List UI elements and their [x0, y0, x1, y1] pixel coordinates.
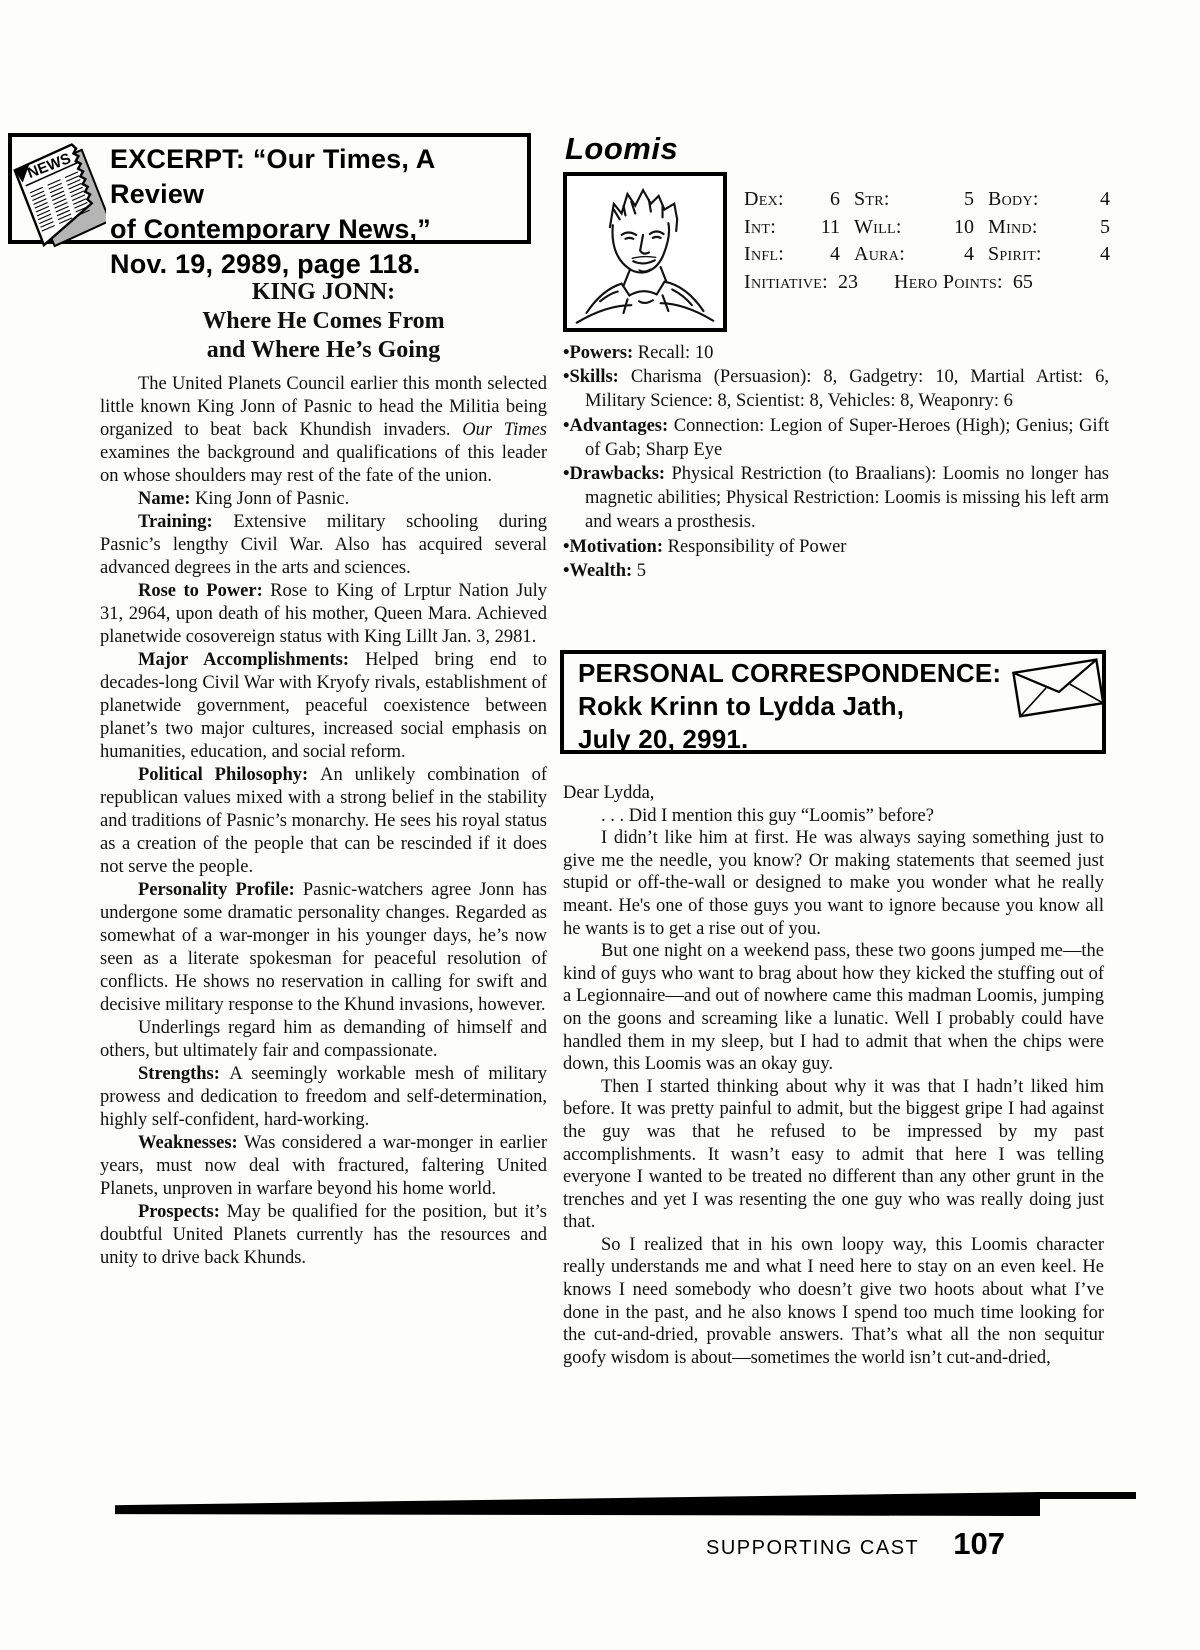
- trait-list: •Powers: Recall: 10•Skills: Charisma (Pe…: [563, 341, 1109, 583]
- trait-item: •Advantages: Connection: Legion of Super…: [563, 414, 1109, 462]
- excerpt-line-3: Nov. 19, 2989, page 118.: [110, 247, 525, 282]
- stat-value: 4: [1088, 188, 1124, 211]
- footer-rule-thin: [1036, 1492, 1136, 1499]
- stat-block: Dex:6Str:5Body:4Int:11Will:10Mind:5Infl:…: [744, 188, 1104, 298]
- stat-label: Infl:: [744, 243, 808, 266]
- stat-label: Will:: [854, 216, 942, 239]
- stat-label: Hero Points:: [894, 271, 1003, 294]
- trait-item: •Skills: Charisma (Persuasion): 8, Gadge…: [563, 365, 1109, 413]
- stat-value: 11: [808, 216, 854, 239]
- trait-item: •Powers: Recall: 10: [563, 341, 1109, 365]
- letter-salutation: Dear Lydda,: [563, 782, 1104, 805]
- correspondence-line-3: July 20, 2991.: [578, 723, 1028, 756]
- paragraph: Weaknesses: Was considered a war-monger …: [100, 1132, 547, 1201]
- character-name: Loomis: [565, 131, 678, 167]
- excerpt-heading: EXCERPT: “Our Times, A Review of Contemp…: [110, 142, 525, 282]
- stat-value: 5: [942, 188, 988, 211]
- stat-value: 5: [1088, 216, 1124, 239]
- paragraph: Name: King Jonn of Pasnic.: [100, 488, 547, 511]
- paragraph: Underlings regard him as demanding of hi…: [100, 1017, 547, 1063]
- stat-label: Mind:: [988, 216, 1088, 239]
- paragraph: Then I started thinking about why it was…: [563, 1076, 1104, 1234]
- paragraph: Major Accomplishments: Helped bring end …: [100, 649, 547, 764]
- paragraph: But one night on a weekend pass, these t…: [563, 940, 1104, 1076]
- correspondence-heading: PERSONAL CORRESPONDENCE: Rokk Krinn to L…: [578, 657, 1028, 756]
- stat-label: Body:: [988, 188, 1088, 211]
- stat-row: Infl:4Aura:4Spirit:4: [744, 243, 1104, 266]
- stat-value: 10: [942, 216, 988, 239]
- paragraph: The United Planets Council earlier this …: [100, 373, 547, 488]
- excerpt-line-2: of Contemporary News,”: [110, 212, 525, 247]
- footer-rule-wedge: [115, 1492, 1040, 1516]
- paragraph: Training: Extensive military schooling d…: [100, 511, 547, 580]
- stat-value: 4: [1088, 243, 1124, 266]
- loomis-portrait: [563, 172, 727, 332]
- newspaper-icon: NEWS: [2, 138, 106, 254]
- stat-value: 6: [808, 188, 854, 211]
- letter-body: Dear Lydda, . . . Did I mention this guy…: [563, 782, 1104, 1369]
- paragraph: Personality Profile: Pasnic-watchers agr…: [100, 879, 547, 1017]
- paragraph: Political Philosophy: An unlikely combin…: [100, 764, 547, 879]
- article-body: The United Planets Council earlier this …: [100, 373, 547, 1270]
- stat-value: 23: [838, 271, 858, 294]
- article-title-line-3: and Where He’s Going: [100, 336, 547, 365]
- paragraph: So I realized that in his own loopy way,…: [563, 1234, 1104, 1370]
- stat-row: Dex:6Str:5Body:4: [744, 188, 1104, 211]
- footer-page-number: 107: [953, 1526, 1005, 1562]
- correspondence-line-2: Rokk Krinn to Lydda Jath,: [578, 690, 1028, 723]
- article-title-line-1: KING JONN:: [100, 278, 547, 307]
- stat-value: 4: [942, 243, 988, 266]
- paragraph: Strengths: A seemingly workable mesh of …: [100, 1063, 547, 1132]
- page-footer: SUPPORTING CAST 107: [555, 1526, 1005, 1562]
- stat-label: Aura:: [854, 243, 942, 266]
- paragraph: Prospects: May be qualified for the posi…: [100, 1201, 547, 1270]
- excerpt-line-1: EXCERPT: “Our Times, A Review: [110, 142, 525, 212]
- stat-row: Int:11Will:10Mind:5: [744, 216, 1104, 239]
- envelope-icon: [1002, 648, 1114, 724]
- stat-label: Initiative:: [744, 271, 828, 294]
- article-king-jonn: KING JONN: Where He Comes From and Where…: [100, 278, 547, 1270]
- trait-item: •Motivation: Responsibility of Power: [563, 535, 1109, 559]
- paragraph: I didn’t like him at first. He was alway…: [563, 827, 1104, 940]
- stat-value: 65: [1013, 271, 1033, 294]
- trait-item: •Drawbacks: Physical Restriction (to Bra…: [563, 462, 1109, 535]
- trait-item: •Wealth: 5: [563, 559, 1109, 583]
- stat-label: Dex:: [744, 188, 808, 211]
- letter-paragraphs: . . . Did I mention this guy “Loomis” be…: [563, 805, 1104, 1370]
- article-title: KING JONN: Where He Comes From and Where…: [100, 278, 547, 365]
- footer-section-label: SUPPORTING CAST: [706, 1537, 919, 1560]
- correspondence-line-1: PERSONAL CORRESPONDENCE:: [578, 657, 1028, 690]
- stat-value: 4: [808, 243, 854, 266]
- stat-label: Int:: [744, 216, 808, 239]
- paragraph: Rose to Power: Rose to King of Lrptur Na…: [100, 580, 547, 649]
- stat-label: Str:: [854, 188, 942, 211]
- paragraph: . . . Did I mention this guy “Loomis” be…: [563, 805, 1104, 828]
- article-title-line-2: Where He Comes From: [100, 307, 547, 336]
- stat-label: Spirit:: [988, 243, 1088, 266]
- stat-row: Initiative:23Hero Points:65: [744, 271, 1104, 294]
